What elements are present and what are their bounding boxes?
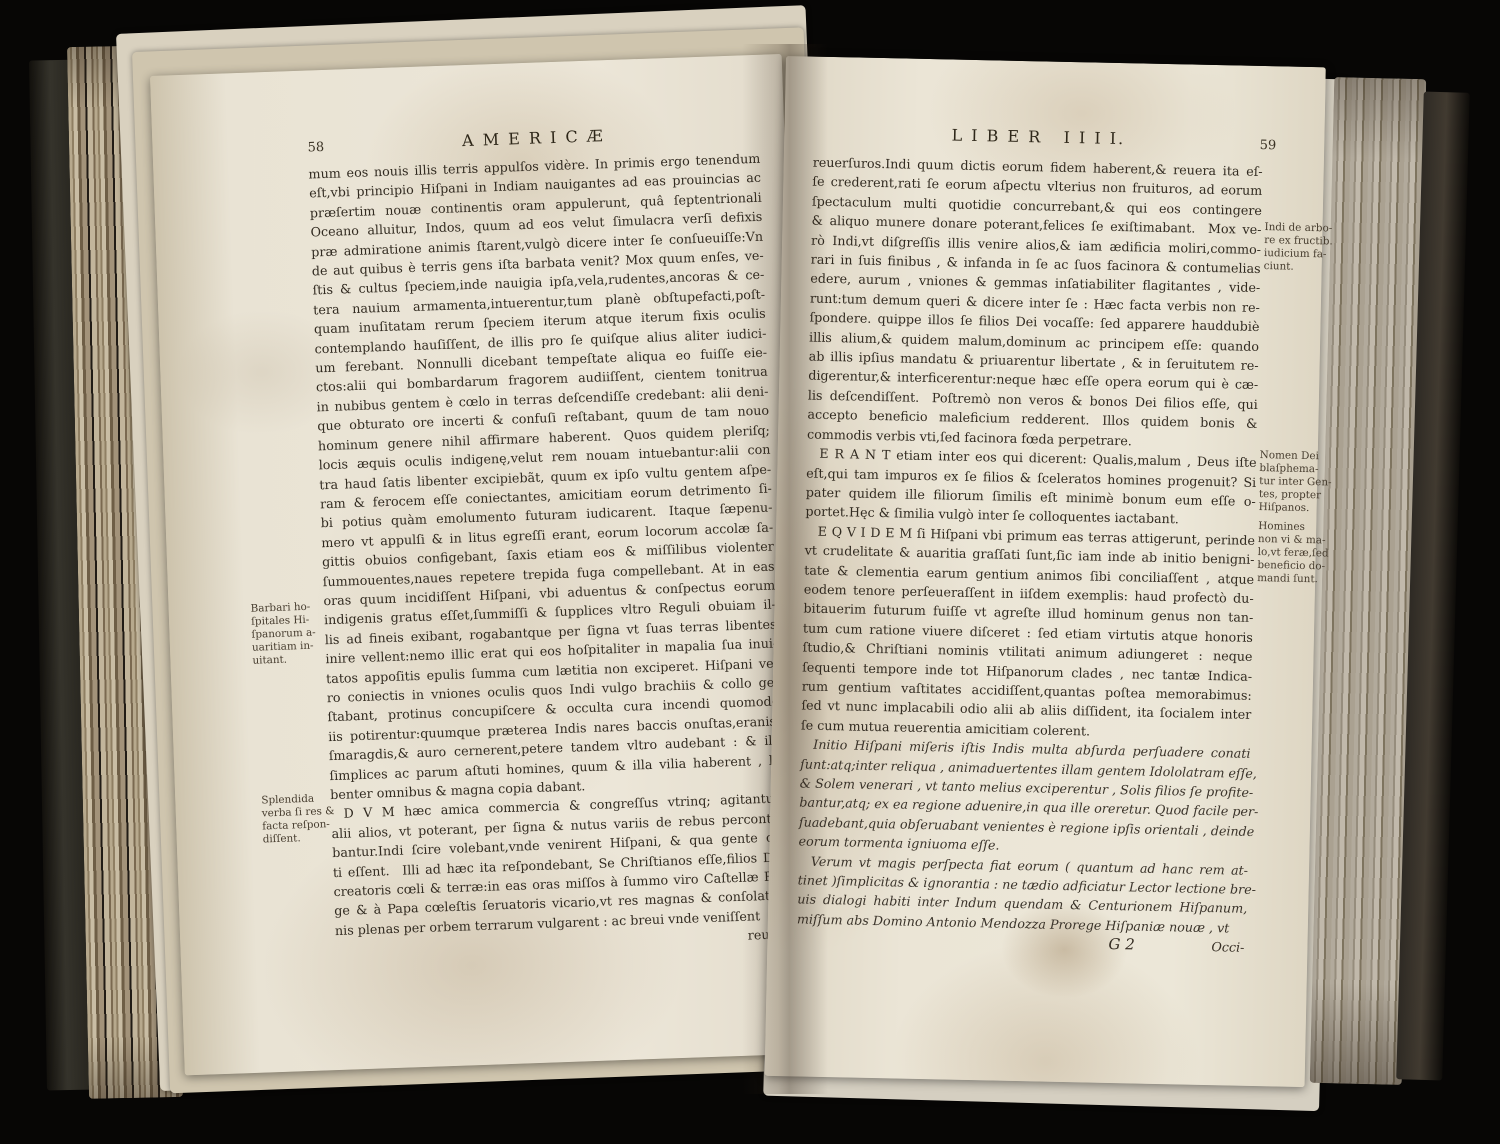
right-page: L I B E R I I I I. 59 reuerſuros.Indi qu… xyxy=(765,56,1326,1087)
left-text-block: mum eos nouis illis terris appulſos vidè… xyxy=(308,149,787,941)
text-line: uitant. xyxy=(252,652,322,667)
catchword-right: Occi- xyxy=(1211,937,1244,957)
photo-background: { "book_title_context": "early printed b… xyxy=(0,0,1500,1144)
text-line: Barbari ho- xyxy=(250,600,320,615)
text-line: facta reſpon- xyxy=(262,818,330,833)
left-page: 58 A M E R I C Æ mum eos nouis illis ter… xyxy=(150,54,817,1075)
right-italic-block: Initio Hiſpani miſeris iſtis Indis multa… xyxy=(797,735,1251,938)
text-line: ciunt. xyxy=(1264,260,1338,275)
margin-note-splendida: Splendidaverba ſi res &facta reſpon-diſſ… xyxy=(261,792,331,846)
text-line: mandi ſunt. xyxy=(1257,572,1331,587)
text-line: diſſent. xyxy=(263,831,331,846)
signature-mark: G 2 xyxy=(1108,935,1135,955)
right-text-column: reuerſuros.Indi quum dictis eorum fidem … xyxy=(796,153,1263,958)
text-line: uaritiam in- xyxy=(252,639,322,654)
right-text-block: reuerſuros.Indi quum dictis eorum fidem … xyxy=(801,153,1263,744)
left-text-column: mum eos nouis illis terris appulſos vidè… xyxy=(308,149,787,960)
margin-note-indi: Indi de arbo-re ex fructib.iudicium fa-c… xyxy=(1264,221,1339,275)
margin-note-nomen-dei: Nomen Deiblaſphema-tur inter Gen-tes, pr… xyxy=(1259,449,1334,516)
text-line: Hiſpanos. xyxy=(1259,501,1333,516)
margin-note-barbari: Barbari ho-ſpitales Hi-ſpanorum a-uariti… xyxy=(250,600,322,667)
margin-note-homines: Hominesnon vi & ma-lo,vt feræ,ſedbenefic… xyxy=(1257,520,1332,587)
